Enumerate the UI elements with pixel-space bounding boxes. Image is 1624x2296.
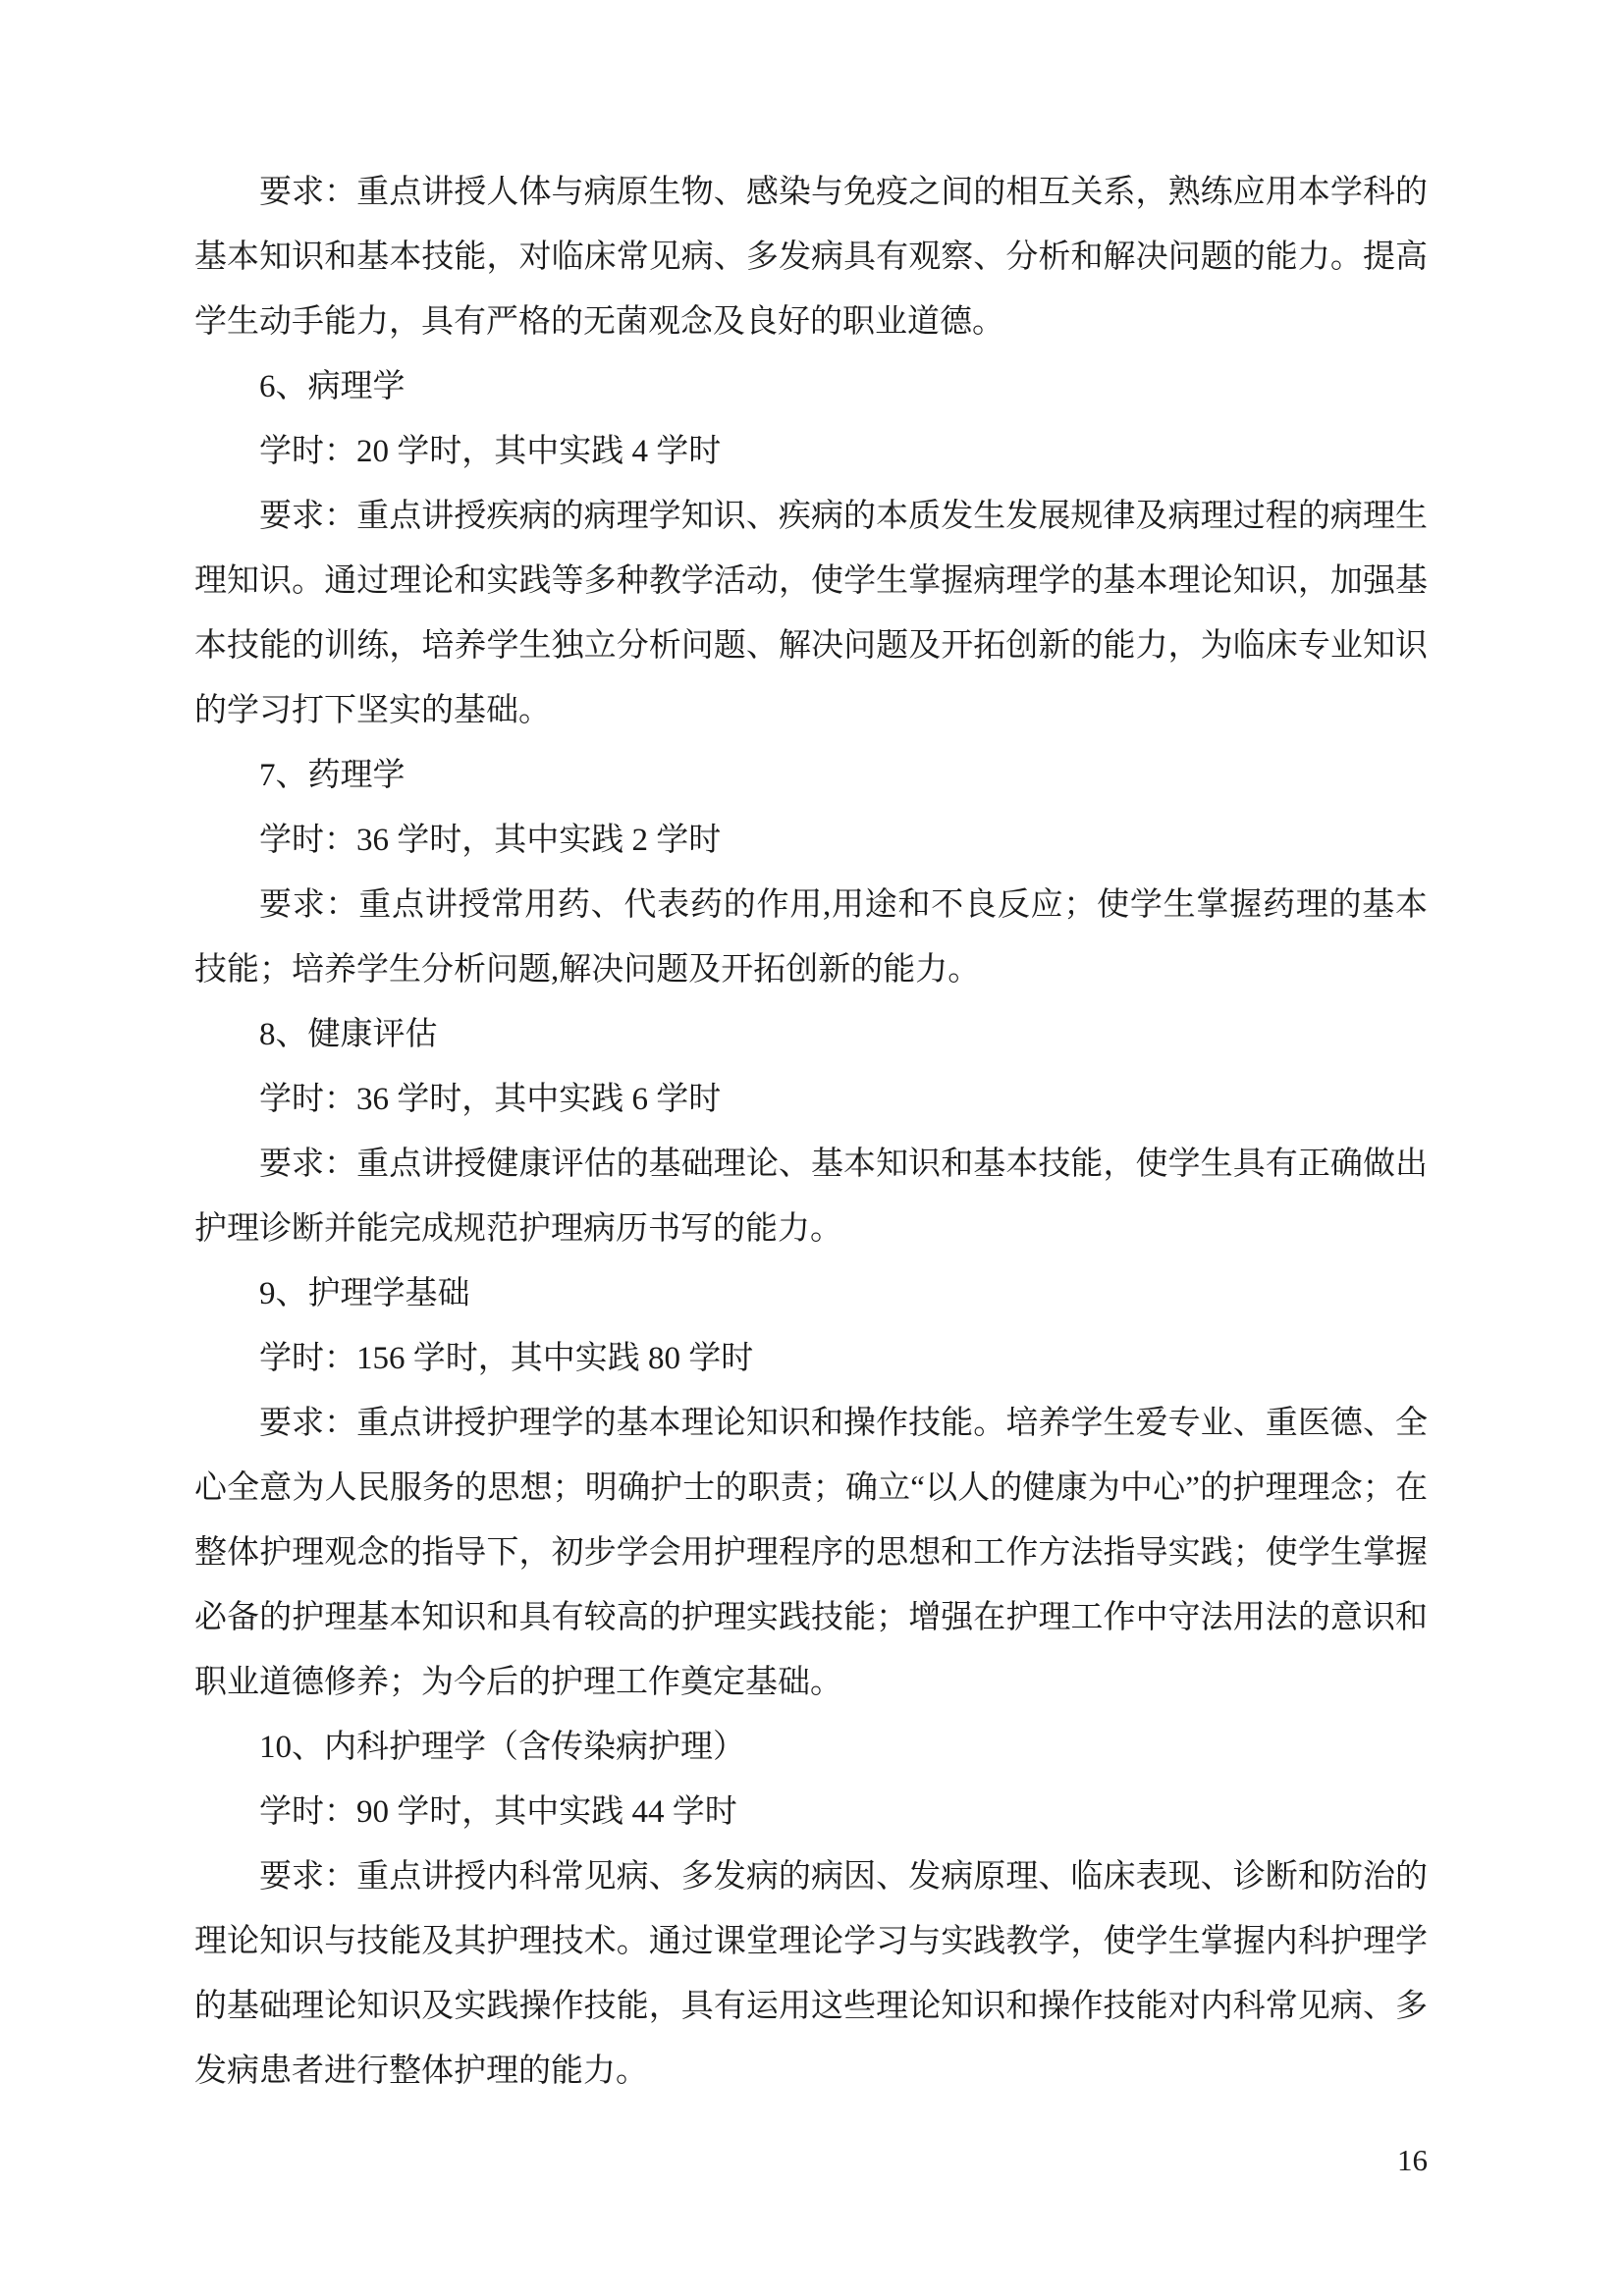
requirement-paragraph-course5: 要求：重点讲授人体与病原生物、感染与免疫之间的相互关系，熟练应用本学科的基本知识…	[194, 160, 1428, 354]
requirement-paragraph-course9: 要求：重点讲授护理学的基本理论知识和操作技能。培养学生爱专业、重医德、全心全意为…	[194, 1391, 1428, 1715]
page-footer: 16	[194, 2143, 1428, 2178]
course-heading-8: 8、健康评估	[194, 1002, 1428, 1067]
requirement-paragraph-course6: 要求：重点讲授疾病的病理学知识、疾病的本质发生发展规律及病理过程的病理生理知识。…	[194, 484, 1428, 743]
requirement-paragraph-course10: 要求：重点讲授内科常见病、多发病的病因、发病原理、临床表现、诊断和防治的理论知识…	[194, 1844, 1428, 2104]
document-body: 要求：重点讲授人体与病原生物、感染与免疫之间的相互关系，熟练应用本学科的基本知识…	[194, 160, 1428, 2104]
course-heading-9: 9、护理学基础	[194, 1261, 1428, 1326]
course-heading-10: 10、内科护理学（含传染病护理）	[194, 1715, 1428, 1780]
requirement-paragraph-course8: 要求：重点讲授健康评估的基础理论、基本知识和基本技能，使学生具有正确做出护理诊断…	[194, 1132, 1428, 1261]
course-hours-6: 学时：20 学时，其中实践 4 学时	[194, 419, 1428, 484]
course-heading-7: 7、药理学	[194, 743, 1428, 808]
page-number: 16	[1397, 2143, 1428, 2177]
course-heading-6: 6、病理学	[194, 354, 1428, 419]
course-hours-8: 学时：36 学时，其中实践 6 学时	[194, 1067, 1428, 1132]
requirement-paragraph-course7: 要求：重点讲授常用药、代表药的作用,用途和不良反应；使学生掌握药理的基本技能；培…	[194, 873, 1428, 1002]
course-hours-10: 学时：90 学时，其中实践 44 学时	[194, 1780, 1428, 1844]
document-page: 要求：重点讲授人体与病原生物、感染与免疫之间的相互关系，熟练应用本学科的基本知识…	[0, 0, 1624, 2296]
course-hours-7: 学时：36 学时，其中实践 2 学时	[194, 808, 1428, 873]
course-hours-9: 学时：156 学时，其中实践 80 学时	[194, 1326, 1428, 1391]
